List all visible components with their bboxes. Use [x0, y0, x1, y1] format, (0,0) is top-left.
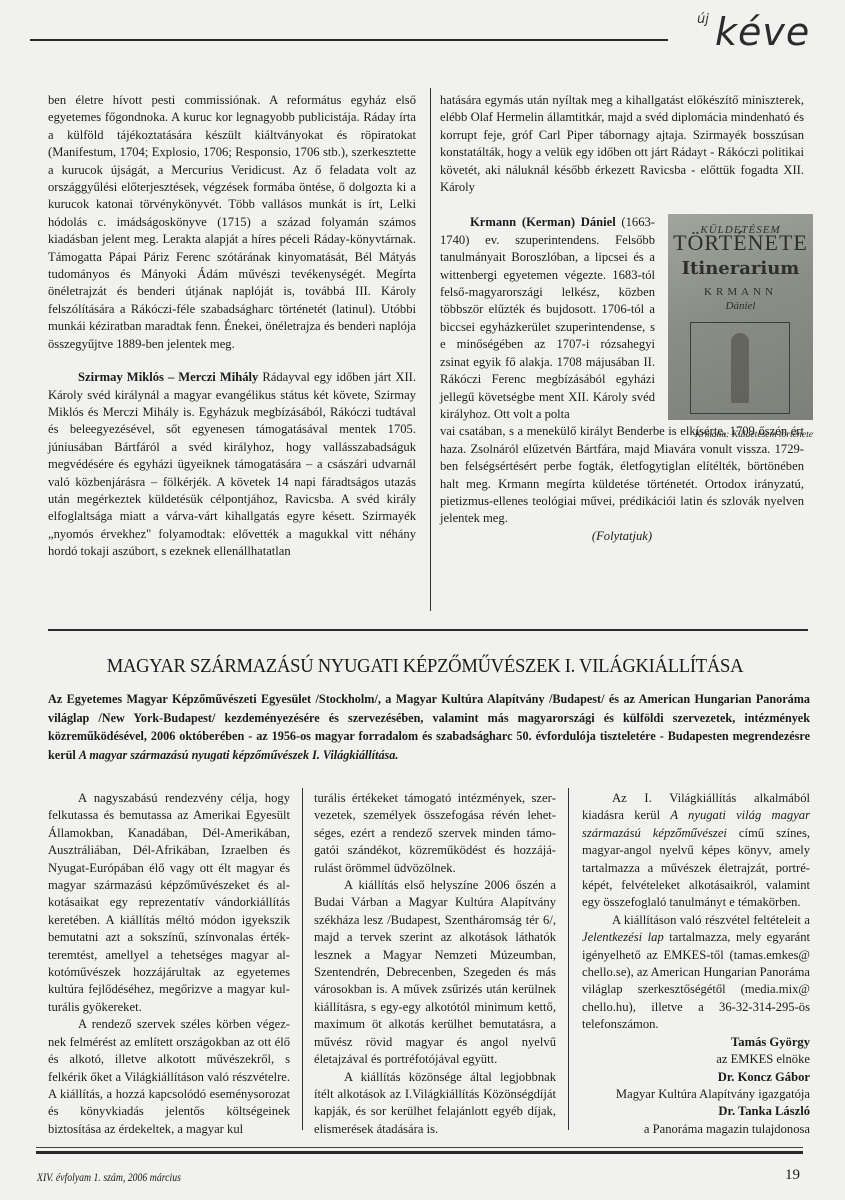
krmann-section: KÜLDETÉSEM TÖRTÉNETE Itinerarium KRMANN …	[440, 214, 804, 545]
signature-name: Dr. Koncz Gábor	[582, 1069, 810, 1086]
signature-name: Dr. Tanka László	[582, 1103, 810, 1120]
header-rule	[30, 39, 668, 41]
logo-title: kéve	[715, 10, 810, 54]
continued-note: (Folytatjuk)	[440, 528, 804, 545]
article-column-2: turális értékeket támogató intézmények, …	[314, 790, 556, 1138]
footer-rule-thick	[36, 1151, 803, 1154]
engraving-frame	[690, 322, 790, 414]
krmann-paragraph-narrow: Krmann (Kerman) Dániel (1663-1740) ev. s…	[440, 214, 655, 423]
column-divider	[430, 88, 431, 611]
signature-role: Magyar Kultúra Alapítvány igazgatója	[582, 1086, 810, 1103]
column-divider	[568, 788, 569, 1130]
szirmay-heading: Szirmay Miklós – Merczi Mihály	[78, 370, 258, 384]
magazine-page: új kéve ben életre hívott pesti commissi…	[0, 0, 845, 1200]
footer-rule	[36, 1147, 803, 1148]
section-rule	[48, 629, 808, 631]
szirmay-paragraph: Szirmay Miklós – Merczi Mihály Rádayval …	[48, 369, 416, 560]
radai-paragraph: ben életre hívott pesti commissiónak. A …	[48, 92, 416, 353]
issue-info: XIV. évfolyam 1. szám, 2006 március	[37, 1172, 181, 1184]
image-caption: Krmann: Küldetésem története	[668, 426, 813, 443]
hermelin-paragraph: hatására egymás után nyíltak meg a kihal…	[440, 92, 804, 196]
signature-role: a Panoráma magazin tulajdonosa	[582, 1121, 810, 1138]
book-figure: KÜLDETÉSEM TÖRTÉNETE Itinerarium KRMANN …	[668, 214, 813, 443]
krmann-heading: Krmann (Kerman) Dániel	[470, 215, 616, 229]
signature-role: az EMKES elnöke	[582, 1051, 810, 1068]
article-column-1: A nagyszabású rendezvény célja, hogy fel…	[48, 790, 290, 1138]
engraving-figure	[731, 333, 749, 403]
logo-prefix: új	[697, 12, 709, 27]
signature-name: Tamás György	[582, 1034, 810, 1051]
article-column-3: Az I. Világkiállítás alkalmából kiadásra…	[582, 790, 810, 1138]
top-left-column: ben életre hívott pesti commissiónak. A …	[48, 92, 416, 561]
magazine-logo: új kéve	[683, 8, 833, 58]
signatures: Tamás György az EMKES elnöke Dr. Koncz G…	[582, 1034, 810, 1138]
column-divider	[302, 788, 303, 1130]
article-lead: Az Egyetemes Magyar Képzőművészeti Egyes…	[48, 690, 810, 764]
book-cover-image: KÜLDETÉSEM TÖRTÉNETE Itinerarium KRMANN …	[668, 214, 813, 420]
top-right-column: hatására egymás után nyíltak meg a kihal…	[440, 92, 804, 545]
article-title: MAGYAR SZÁRMAZÁSÚ NYUGATI KÉPZŐMŰVÉSZEK …	[67, 655, 783, 678]
page-number: 19	[785, 1167, 800, 1184]
